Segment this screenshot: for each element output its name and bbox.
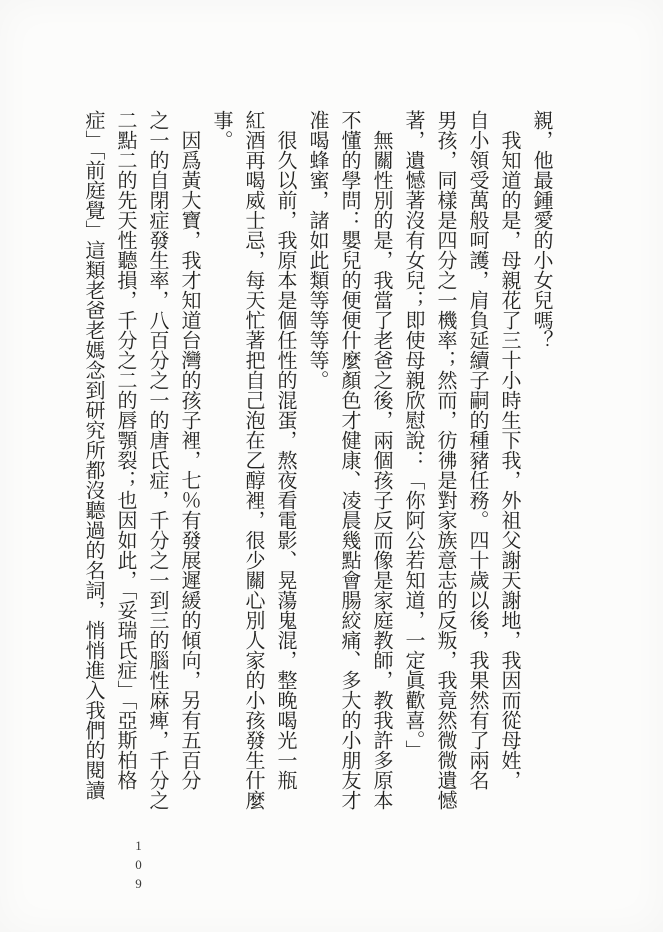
text-line: 准喝蜂蜜，諸如此類等等等等。 xyxy=(301,110,333,810)
text-line: 之一的自閉症發生率，八百分之一的唐氏症，千分之一到三的腦性麻痺，千分之 xyxy=(141,110,173,810)
text-line: 不懂的學問：嬰兒的便便什麼顏色才健康、凌晨幾點會腸絞痛、多大的小朋友才 xyxy=(333,110,365,810)
text-line: 男孩，同樣是四分之一機率；然而，彷彿是對家族意志的反叛，我竟然微微遺憾 xyxy=(429,110,461,810)
book-page: 親，他最鍾愛的小女兒嗎？我知道的是，母親花了三十小時生下我，外祖父謝天謝地，我因… xyxy=(0,0,663,932)
text-line: 症」「前庭覺」這類老爸老媽念到研究所都沒聽過的名詞，悄悄進入我們的閱讀 xyxy=(77,110,109,810)
text-line: 紅酒再喝威士忌，每天忙著把自己泡在乙醇裡，很少關心別人家的小孩發生什麼 xyxy=(237,110,269,810)
text-line: 因爲黃大寶，我才知道台灣的孩子裡，七％有發展遲緩的傾向，另有五百分 xyxy=(173,110,205,810)
text-line: 無關性別的是，我當了老爸之後，兩個孩子反而像是家庭教師，教我許多原本 xyxy=(365,110,397,810)
text-line: 自小領受萬般呵護，肩負延續子嗣的種豬任務。四十歲以後，我果然有了兩名 xyxy=(461,110,493,810)
page-number: 109 xyxy=(130,838,146,895)
text-line: 著，遺憾著沒有女兒；即使母親欣慰說：「你阿公若知道，一定眞歡喜。」 xyxy=(397,110,429,810)
text-line: 親，他最鍾愛的小女兒嗎？ xyxy=(525,110,557,810)
text-line: 我知道的是，母親花了三十小時生下我，外祖父謝天謝地，我因而從母姓， xyxy=(493,110,525,810)
text-line: 二點二的先天性聽損，千分之二的唇顎裂；也因如此，「妥瑞氏症」「亞斯柏格 xyxy=(109,110,141,810)
text-line: 很久以前，我原本是個任性的混蛋，熬夜看電影、晃蕩鬼混，整晚喝光一瓶 xyxy=(269,110,301,810)
text-body: 親，他最鍾愛的小女兒嗎？我知道的是，母親花了三十小時生下我，外祖父謝天謝地，我因… xyxy=(77,110,557,810)
text-line: 事。 xyxy=(205,110,237,810)
